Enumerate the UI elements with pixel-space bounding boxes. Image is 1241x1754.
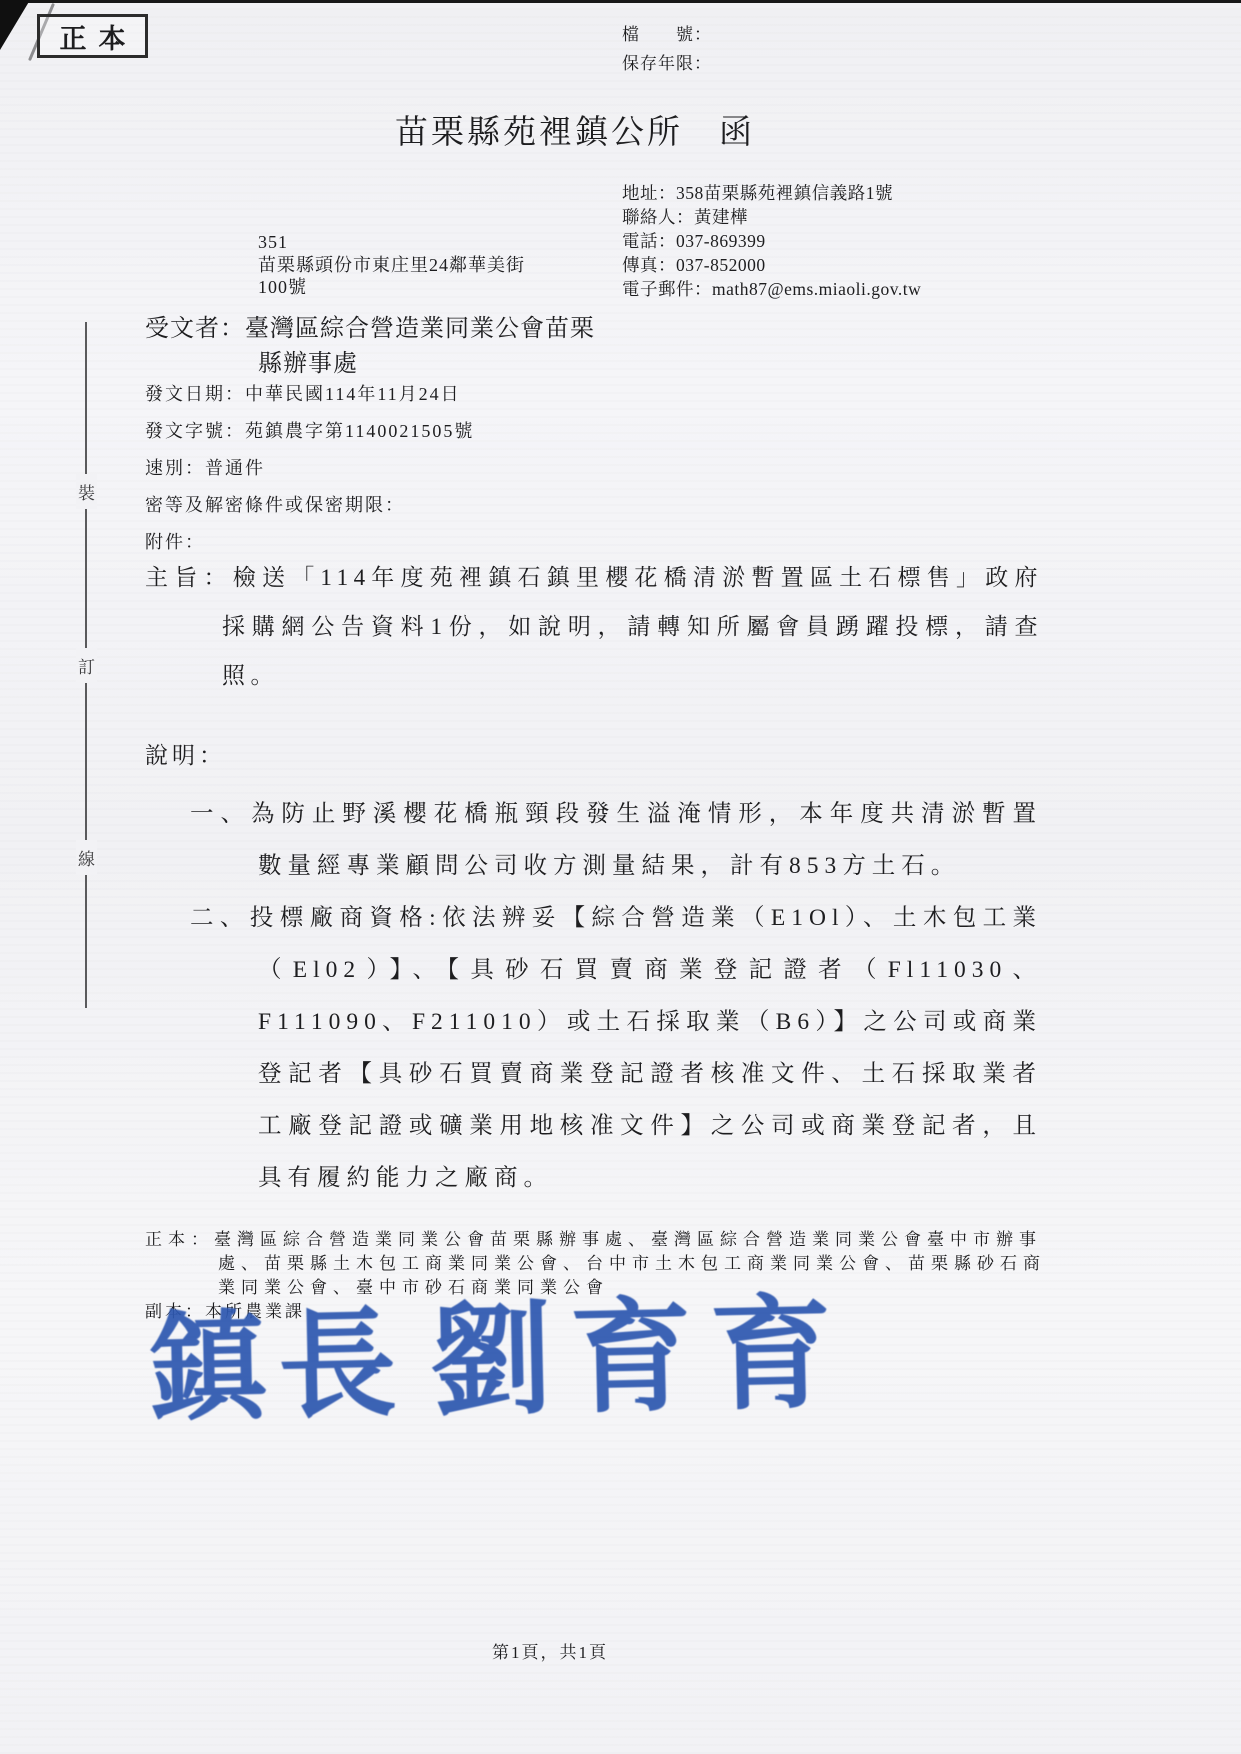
recipient-postal-address: 351 苗栗縣頭份市東庄里24鄰華美街 100號 bbox=[258, 231, 525, 299]
document-title: 苗栗縣苑裡鎮公所 函 bbox=[20, 106, 1130, 153]
file-reference-block: 檔 號： 保存年限： bbox=[622, 20, 712, 78]
scan-edge-artifact bbox=[0, 0, 1241, 3]
sender-address: 地址：358苗栗縣苑裡鎮信義路1號 bbox=[622, 181, 921, 205]
retention-period-label: 保存年限： bbox=[622, 49, 712, 78]
sender-contact-block: 地址：358苗栗縣苑裡鎮信義路1號 聯絡人：黃建樺 電話：037-869399 … bbox=[622, 181, 921, 301]
subject-label: 主旨： bbox=[145, 565, 233, 590]
document-number: 發文字號：苑鎮農字第1140021505號 bbox=[145, 413, 474, 450]
description-heading: 說明： bbox=[145, 737, 226, 770]
issue-date: 發文日期：中華民國114年11月24日 bbox=[145, 376, 474, 413]
recipient-street: 苗栗縣頭份市東庄里24鄰華美街 bbox=[258, 254, 525, 277]
recipient-zip: 351 bbox=[258, 231, 525, 254]
recipient-street-number: 100號 bbox=[258, 276, 525, 299]
sender-fax: 傳真：037-852000 bbox=[622, 253, 921, 277]
mayor-name: 劉育育 bbox=[429, 1287, 852, 1431]
original-copy-stamp: 正本 bbox=[37, 14, 148, 58]
description-item-1-text: 為防止野溪櫻花橋瓶頸段發生溢淹情形，本年度共清淤暫置數量經專業顧問公司收方測量結… bbox=[251, 801, 1042, 879]
binding-mark-xian: 線 bbox=[76, 840, 97, 875]
recipient-value: 臺灣區綜合營造業同業公會苗栗縣辦事處 bbox=[245, 316, 595, 377]
binding-gutter: 裝 訂 線 bbox=[72, 322, 100, 1008]
description-item-2: 二、投標廠商資格:依法辨妥【綜合營造業（E1Ol）、土木包工業（El02）】、【… bbox=[190, 892, 1042, 1204]
recipient-line: 受文者：臺灣區綜合營造業同業公會苗栗縣辦事處 bbox=[145, 312, 617, 382]
sender-contact-person: 聯絡人：黃建樺 bbox=[622, 205, 921, 229]
mayor-signature-stamp: 鎮長劉育育 bbox=[146, 1254, 909, 1445]
scanned-official-letter: 正本 檔 號： 保存年限： 苗栗縣苑裡鎮公所 函 地址：358苗栗縣苑裡鎮信義路… bbox=[0, 0, 1241, 1754]
description-item-2-number: 二、 bbox=[190, 905, 250, 931]
description-item-2-text: 投標廠商資格:依法辨妥【綜合營造業（E1Ol）、土木包工業（El02）】、【具砂… bbox=[250, 905, 1042, 1191]
binding-mark-zhuang: 裝 bbox=[76, 474, 97, 509]
distribution-original-label: 正本： bbox=[145, 1230, 214, 1249]
description-item-1-number: 一、 bbox=[190, 801, 251, 827]
subject-text: 檢送「114年度苑裡鎮石鎮里櫻花橋清淤暫置區土石標售」政府採購網公告資料1份，如… bbox=[222, 565, 1043, 688]
binding-mark-ding: 訂 bbox=[76, 648, 97, 683]
document-metadata: 發文日期：中華民國114年11月24日 發文字號：苑鎮農字第1140021505… bbox=[145, 376, 474, 561]
description-item-1: 一、為防止野溪櫻花橋瓶頸段發生溢淹情形，本年度共清淤暫置數量經專業顧問公司收方測… bbox=[190, 788, 1042, 892]
sender-phone: 電話：037-869399 bbox=[622, 229, 921, 253]
subject-line: 主旨：檢送「114年度苑裡鎮石鎮里櫻花橋清淤暫置區土石標售」政府採購網公告資料1… bbox=[145, 553, 1043, 700]
file-number-label: 檔 號： bbox=[622, 20, 712, 49]
priority: 速別：普通件 bbox=[145, 450, 474, 487]
recipient-label: 受文者： bbox=[145, 316, 245, 342]
page-number: 第1頁，共1頁 bbox=[0, 1638, 1100, 1663]
original-copy-stamp-label: 正本 bbox=[60, 17, 138, 56]
security-classification: 密等及解密條件或保密期限： bbox=[145, 487, 474, 524]
scan-corner-artifact bbox=[0, 0, 30, 50]
sender-email: 電子郵件：math87@ems.miaoli.gov.tw bbox=[622, 277, 921, 301]
mayor-title: 鎮長 bbox=[147, 1300, 410, 1436]
